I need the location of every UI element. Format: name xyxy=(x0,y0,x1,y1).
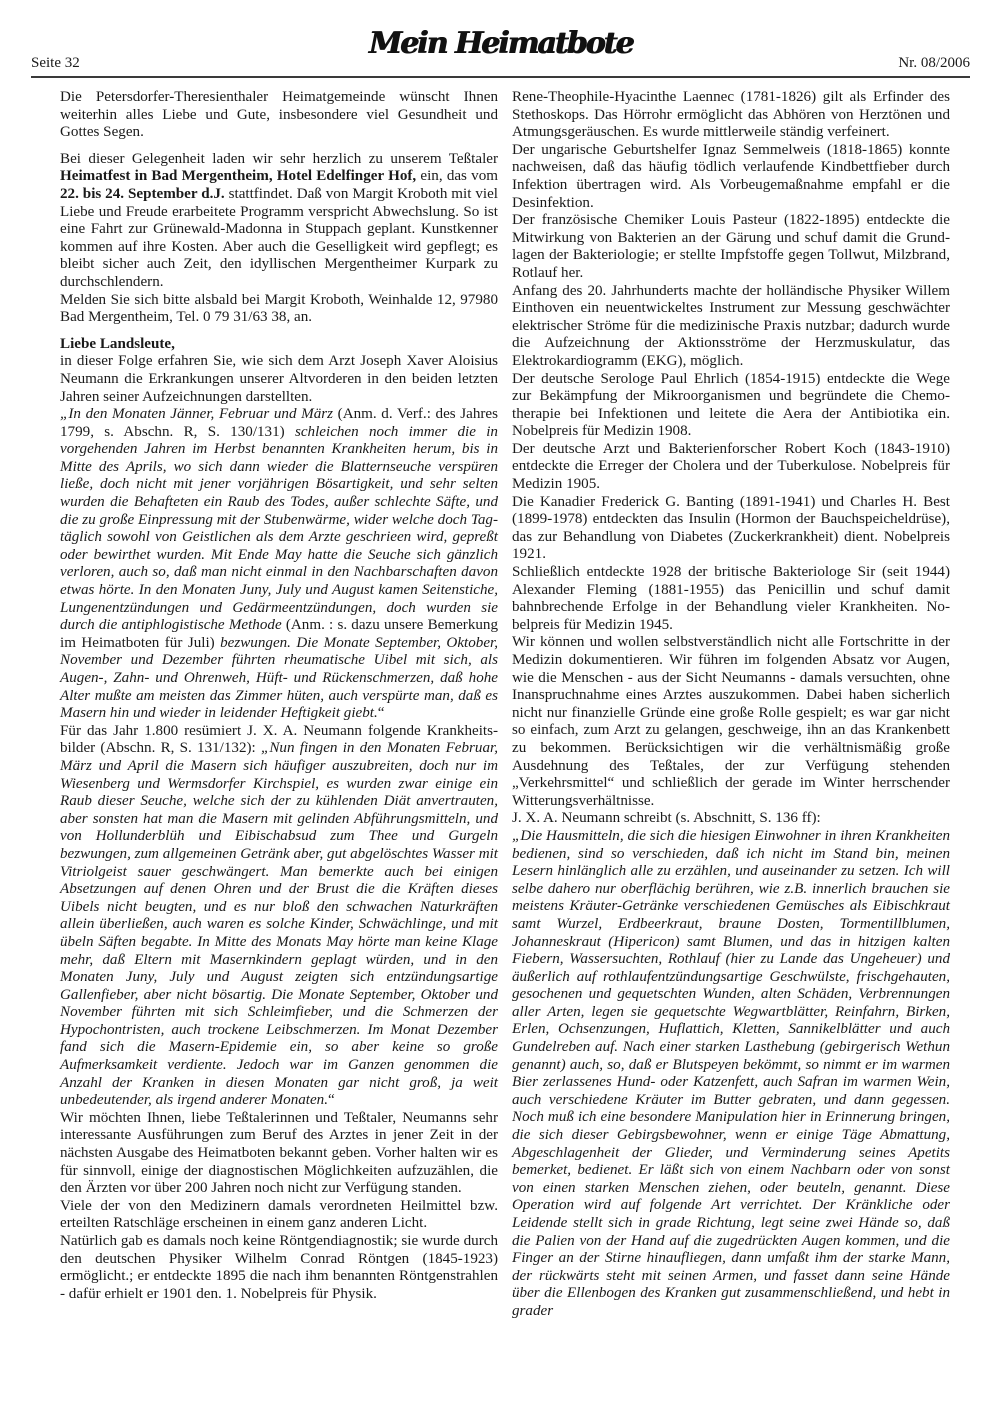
body-text: Viele der von den Medizinern damals vero… xyxy=(60,1198,498,1232)
header-rule xyxy=(31,76,970,78)
issue-number: Nr. 08/2006 xyxy=(898,55,970,72)
body-text: J. X. A. Neumann schreibt (s. Abschnitt,… xyxy=(512,810,821,826)
paragraph: Der deutsche Arzt und Bakterienforscher … xyxy=(512,441,950,494)
paragraph: Schließlich entdeckte 1928 der britische… xyxy=(512,564,950,634)
body-text: Der französische Chemiker Louis Pasteur … xyxy=(512,212,950,281)
paragraph: Rene-Theophile-Hyacinthe Laennec (1781-1… xyxy=(512,89,950,142)
body-text: in dieser Folge erfahren Sie, wie sich d… xyxy=(60,353,498,404)
paragraph: Für das Jahr 1.800 resümiert J. X. A. Ne… xyxy=(60,723,498,1110)
paragraph: Die Kanadier Frederick G. Banting (1891-… xyxy=(512,494,950,564)
masthead-logo: Mein Heimatbote xyxy=(369,26,633,61)
body-text: ein, das vom xyxy=(416,168,498,184)
body-text: Wir können und wollen selbstverständlich… xyxy=(512,634,950,808)
body-text: Bei dieser Gelegenheit laden wir sehr he… xyxy=(60,151,498,167)
paragraph: Melden Sie sich bitte alsbald bei Margit… xyxy=(60,292,498,327)
paragraph: Anfang des 20. Jahrhunderts machte der h… xyxy=(512,283,950,371)
emphasis-text: 22. bis 24. September d.J. xyxy=(60,186,225,202)
page-number: Seite 32 xyxy=(31,55,80,72)
paragraph: Der deutsche Serologe Paul Ehrlich (1854… xyxy=(512,371,950,441)
quote-text: „Die Hausmitteln, die sich die hiesigen … xyxy=(512,828,950,1319)
left-column: Die Petersdorfer-Theresienthaler Heimatg… xyxy=(60,89,498,1303)
quote-text: schleichen noch immer die in vorgehenden… xyxy=(60,424,498,634)
body-text: Der deutsche Serologe Paul Ehrlich (1854… xyxy=(512,371,950,440)
paragraph: J. X. A. Neumann schreibt (s. Abschnitt,… xyxy=(512,810,950,828)
paragraph: in dieser Folge erfahren Sie, wie sich d… xyxy=(60,353,498,406)
paragraph: Der französische Chemiker Louis Pasteur … xyxy=(512,212,950,282)
body-text: Anfang des 20. Jahrhunderts machte der h… xyxy=(512,283,950,369)
body-text: Natürlich gab es damals noch keine Röntg… xyxy=(60,1233,498,1302)
quote-text: „In den Monaten Jänner, Februar und März xyxy=(60,406,333,422)
body-text: Schließlich entdeckte 1928 der britische… xyxy=(512,564,950,633)
page-header: Seite 32 Mein Heimatbote Nr. 08/2006 xyxy=(31,30,970,78)
right-column: Rene-Theophile-Hyacinthe Laennec (1781-1… xyxy=(512,89,950,1321)
paragraph: „In den Monaten Jänner, Februar und März… xyxy=(60,406,498,723)
paragraph: Die Petersdorfer-Theresienthaler Heimatg… xyxy=(60,89,498,142)
body-text: Die Petersdorfer-Theresienthaler Heimatg… xyxy=(60,89,498,140)
section-heading: Liebe Landsleute, xyxy=(60,336,498,354)
paragraph: Bei dieser Gelegenheit laden wir sehr he… xyxy=(60,151,498,292)
body-text: Die Kanadier Frederick G. Banting (1891-… xyxy=(512,494,950,563)
paragraph: Viele der von den Medizinern damals vero… xyxy=(60,1198,498,1233)
paragraph: Natürlich gab es damals noch keine Röntg… xyxy=(60,1233,498,1303)
body-text: “ xyxy=(378,705,385,721)
paragraph: „Die Hausmitteln, die sich die hiesigen … xyxy=(512,828,950,1321)
body-text: “ xyxy=(328,1092,335,1108)
body-text: Der deutsche Arzt und Bakterienforscher … xyxy=(512,441,950,492)
body-text: Der ungarische Geburtshelfer Ignaz Semme… xyxy=(512,142,950,211)
body-text: Liebe Landsleute, xyxy=(60,336,175,352)
emphasis-text: Heimatfest in Bad Mergentheim, Hotel Ede… xyxy=(60,168,416,184)
body-text: Rene-Theophile-Hyacinthe Laennec (1781-1… xyxy=(512,89,950,140)
body-text: Melden Sie sich bitte alsbald bei Margit… xyxy=(60,292,498,326)
paragraph: Der ungarische Geburtshelfer Ignaz Semme… xyxy=(512,142,950,212)
body-text: Wir möchten Ihnen, liebe Teßtalerinnen u… xyxy=(60,1110,498,1196)
quote-text: „Nun fingen in den Monaten Feb­ruar, Mär… xyxy=(60,740,498,1108)
paragraph: Wir möchten Ihnen, liebe Teßtalerinnen u… xyxy=(60,1110,498,1198)
paragraph: Wir können und wollen selbstverständlich… xyxy=(512,634,950,810)
